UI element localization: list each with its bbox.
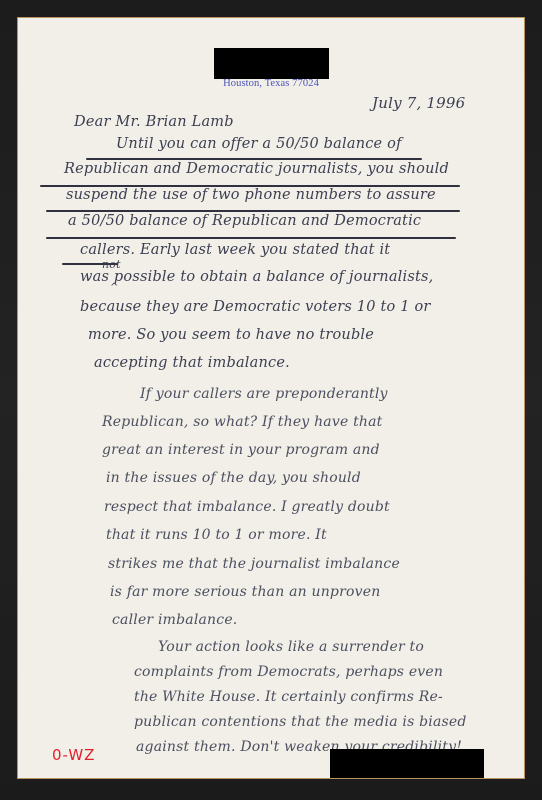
paragraph-2-line-4: in the issues of the day, you should [106, 470, 361, 486]
margin-note: 0-WZ [52, 746, 95, 764]
redacted-letterhead-name [214, 48, 329, 79]
paragraph-2-line-6: that it runs 10 to 1 or more. It [106, 527, 327, 543]
paragraph-2-line-8: is far more serious than an unproven [110, 584, 380, 600]
paragraph-2-line-2: Republican, so what? If they have that [102, 414, 383, 430]
paragraph-1-line-5: callers. Early last week you stated that… [80, 242, 390, 258]
letterhead-city: Houston, Texas 77024 [18, 78, 524, 89]
paragraph-2-line-3: great an interest in your program and [102, 442, 380, 458]
paragraph-3-line-4: publican contentions that the media is b… [134, 714, 467, 730]
paragraph-3-line-3: the White House. It certainly confirms R… [134, 689, 443, 705]
letter-page: Houston, Texas 77024 July 7, 1996 Dear M… [18, 18, 524, 778]
underline [46, 237, 456, 239]
underline [86, 158, 422, 160]
paragraph-2-line-1: If your callers are preponderantly [140, 386, 388, 402]
paragraph-1-line-6: was possible to obtain a balance of jour… [80, 269, 433, 285]
letter-date: July 7, 1996 [372, 94, 465, 112]
salutation: Dear Mr. Brian Lamb [74, 114, 234, 130]
paragraph-1-line-3: suspend the use of two phone numbers to … [66, 187, 436, 203]
paragraph-1-line-1: Until you can offer a 50/50 balance of [116, 136, 402, 152]
paragraph-2-line-9: caller imbalance. [112, 612, 237, 628]
paragraph-3-line-1: Your action looks like a surrender to [158, 639, 424, 655]
redacted-signature [330, 749, 484, 778]
paragraph-2-line-7: strikes me that the journalist imbalance [108, 556, 400, 572]
paragraph-2-line-5: respect that imbalance. I greatly doubt [104, 499, 390, 515]
paragraph-1-line-9: accepting that imbalance. [94, 355, 290, 371]
underline [46, 210, 460, 212]
paragraph-1-line-4: a 50/50 balance of Republican and Democr… [68, 213, 421, 229]
paragraph-1-line-8: more. So you seem to have no trouble [88, 327, 374, 343]
paragraph-3-line-2: complaints from Democrats, perhaps even [134, 664, 443, 680]
paragraph-1-line-7: because they are Democratic voters 10 to… [80, 299, 431, 315]
paragraph-1-line-2: Republican and Democratic journalists, y… [64, 161, 449, 177]
